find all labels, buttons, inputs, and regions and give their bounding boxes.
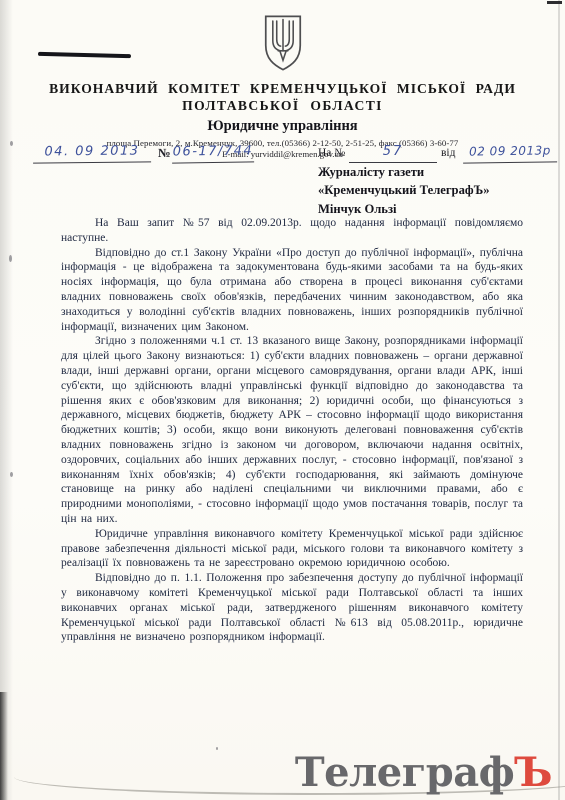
handwritten-outgoing-date: 04. 09 2013 <box>44 144 139 160</box>
logo-text-red: Ъ <box>514 749 552 796</box>
body-paragraph: Юридичне управління виконавчого комітету… <box>61 527 523 571</box>
reply-to-label: На № <box>318 147 345 159</box>
addressee-newspaper: «Кременчуцький ТелеграфЪ» <box>318 181 490 199</box>
addressee-person: Мінчук Ользі <box>318 200 490 218</box>
logo-text-gray: Телеграф <box>295 749 514 796</box>
body-paragraph: Згідно з положеннями ч.1 ст. 13 вказаног… <box>61 334 523 526</box>
outgoing-date-field: 04. 09 2013 <box>33 143 151 163</box>
scan-speck <box>9 255 12 262</box>
organization-name-line2: ПОЛТАВСЬКОЇ ОБЛАСТІ <box>0 98 565 115</box>
handwritten-reply-number: 57 <box>383 144 404 159</box>
body-paragraph: На Ваш запит №57 від 02.09.2013р. щодо н… <box>61 216 523 246</box>
body-paragraph: Відповідно до п. 1.1. Положення про забе… <box>61 571 523 645</box>
reply-number-field: 57 <box>349 144 437 163</box>
reply-date-field: 02 09 2013р <box>463 143 557 163</box>
handwritten-reply-date: 02 09 2013р <box>469 143 551 158</box>
organization-name: ВИКОНАВЧИЙ КОМІТЕТ КРЕМЕНЧУЦЬКОЇ МІСЬКОЇ… <box>0 81 565 115</box>
ukraine-trident-shield-icon <box>259 14 307 72</box>
outgoing-number-field: 06-17/744 <box>172 143 254 163</box>
letter-body: На Ваш запит №57 від 02.09.2013р. щодо н… <box>61 216 523 645</box>
department-name: Юридичне управління <box>0 118 565 135</box>
scanned-letter-page: ВИКОНАВЧИЙ КОМІТЕТ КРЕМЕНЧУЦЬКОЇ МІСЬКОЇ… <box>0 0 565 800</box>
number-sign-label: № <box>158 146 171 161</box>
scan-speck <box>216 747 218 750</box>
scan-speck <box>10 472 13 477</box>
reply-date-label: від <box>441 147 455 159</box>
scan-bottom-left-shadow <box>0 692 8 800</box>
letterhead: ВИКОНАВЧИЙ КОМІТЕТ КРЕМЕНЧУЦЬКОЇ МІСЬКОЇ… <box>0 0 565 159</box>
telegraf-newspaper-logo: ТелеграфЪ <box>295 753 552 793</box>
addressee-block: Журналісту газети «Кременчуцький Телегра… <box>318 163 490 218</box>
body-paragraph: Відповідно до ст.1 Закону України «Про д… <box>61 246 523 335</box>
handwritten-outgoing-number: 06-17/744 <box>173 143 254 159</box>
organization-name-line1: ВИКОНАВЧИЙ КОМІТЕТ КРЕМЕНЧУЦЬКОЇ МІСЬКОЇ… <box>0 81 565 98</box>
addressee-role: Журналісту газети <box>318 163 490 181</box>
